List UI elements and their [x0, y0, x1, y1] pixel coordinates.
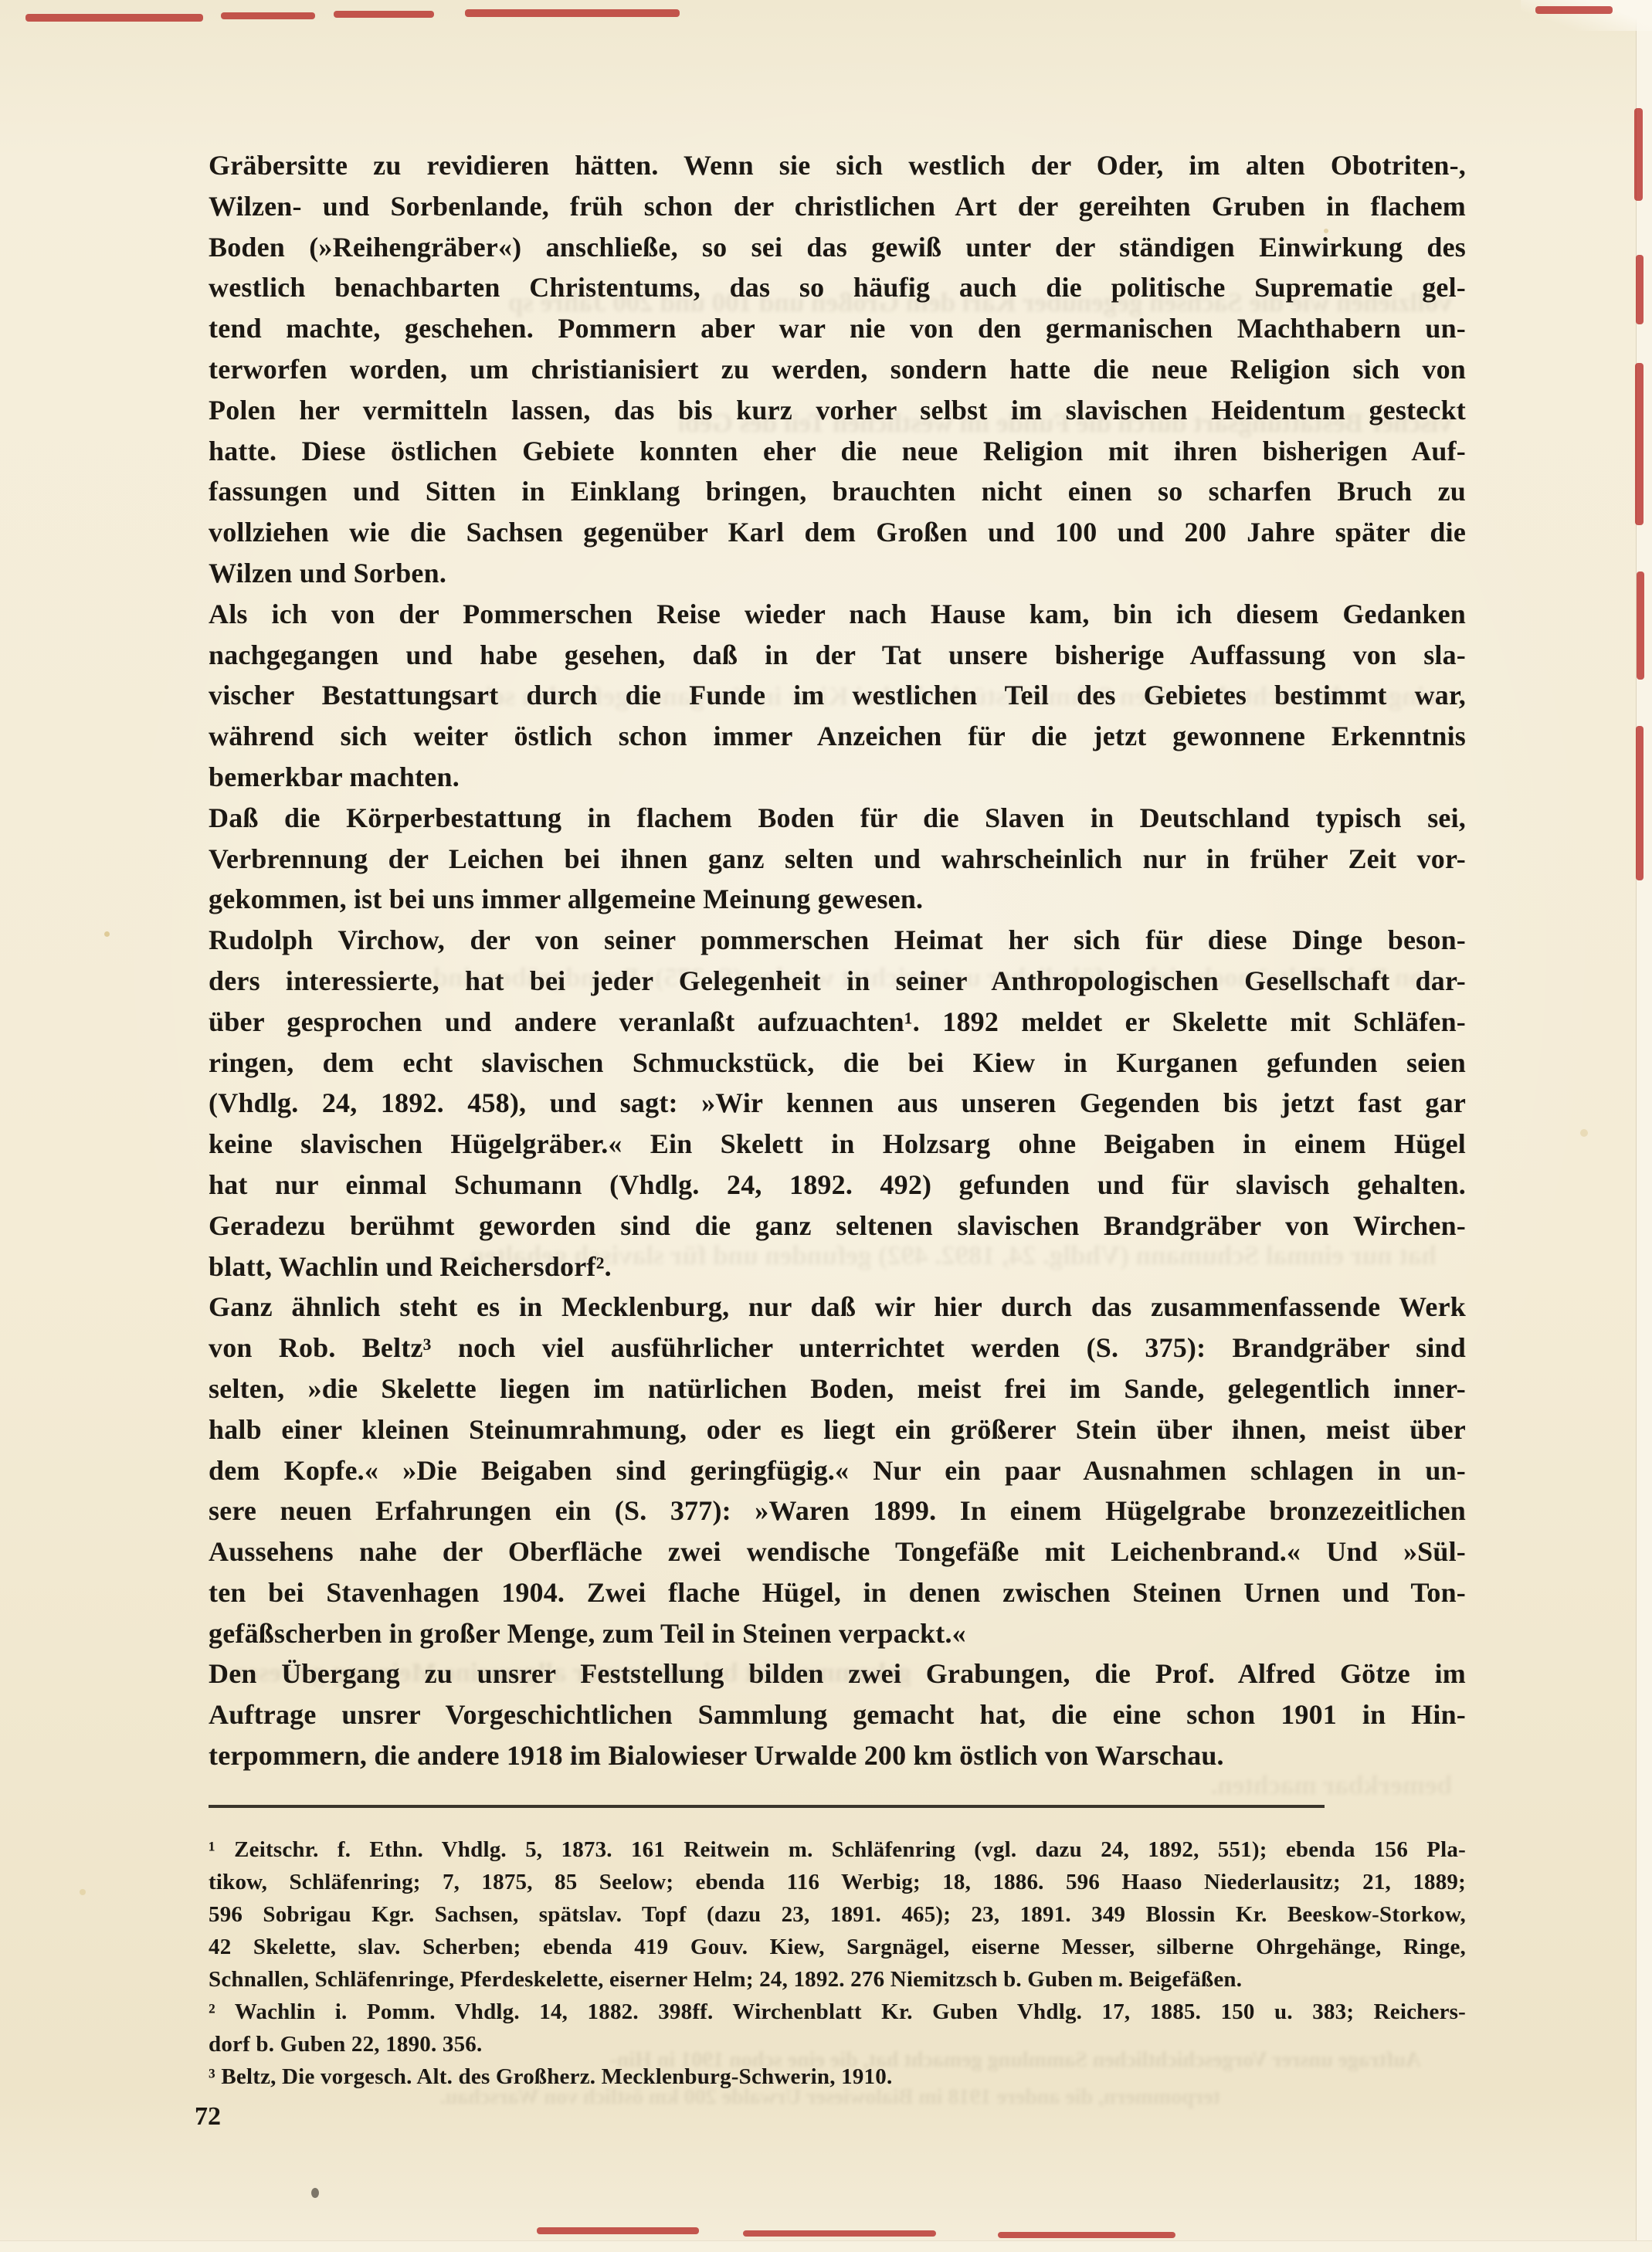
body-line: Polen her vermitteln lassen, das bis kur… — [209, 390, 1466, 431]
body-line: von Rob. Beltz³ noch viel ausführlicher … — [209, 1328, 1466, 1368]
body-line: terpommern, die andere 1918 im Bialowies… — [209, 1735, 1466, 1776]
paragraph: Ganz ähnlich steht es in Mecklenburg, nu… — [209, 1287, 1466, 1653]
body-text: Gräbersitte zu revidieren hätten. Wenn s… — [209, 145, 1466, 1776]
page-edge-bottom — [0, 2240, 1652, 2252]
paragraph: ³ Beltz, Die vorgesch. Alt. des Großherz… — [209, 2060, 1466, 2093]
body-line: Wilzen- und Sorbenlande, früh schon der … — [209, 186, 1466, 227]
body-line: Den Übergang zu unsrer Feststellung bild… — [209, 1653, 1466, 1694]
red-edge-mark — [1635, 363, 1644, 525]
footnote-line: ¹ Zeitschr. f. Ethn. Vhdlg. 5, 1873. 161… — [209, 1833, 1466, 1866]
body-line: Geradezu berühmt geworden sind die ganz … — [209, 1206, 1466, 1246]
body-line: Verbrennung der Leichen bei ihnen ganz s… — [209, 839, 1466, 880]
paragraph: ² Wachlin i. Pomm. Vhdlg. 14, 1882. 398f… — [209, 1996, 1466, 2060]
body-line: gekommen, ist bei uns immer allgemeine M… — [209, 879, 1466, 920]
paper-speck — [104, 931, 110, 937]
body-line: vollziehen wie die Sachsen gegenüber Kar… — [209, 512, 1466, 553]
body-line: gefäßscherben in großer Menge, zum Teil … — [209, 1613, 1466, 1654]
footnote-line: 42 Skelette, slav. Scherben; ebenda 419 … — [209, 1931, 1466, 1963]
body-line: Auftrage unsrer Vorgeschichtlichen Samml… — [209, 1694, 1466, 1735]
page-corner-highlight — [1521, 0, 1652, 31]
body-line: hat nur einmal Schumann (Vhdlg. 24, 1892… — [209, 1165, 1466, 1206]
body-line: tend machte, geschehen. Pommern aber war… — [209, 308, 1466, 349]
footnote-line: ³ Beltz, Die vorgesch. Alt. des Großherz… — [209, 2060, 1466, 2093]
red-edge-mark — [1634, 108, 1643, 201]
body-line: ringen, dem echt slavischen Schmuckstück… — [209, 1043, 1466, 1084]
paragraph: Rudolph Virchow, der von seiner pommersc… — [209, 920, 1466, 1287]
body-line: (Vhdlg. 24, 1892. 458), und sagt: »Wir k… — [209, 1083, 1466, 1124]
body-line: westlich benachbarten Christentums, das … — [209, 267, 1466, 308]
paragraph: Als ich von der Pommerschen Reise wieder… — [209, 594, 1466, 798]
footnote-line: ² Wachlin i. Pomm. Vhdlg. 14, 1882. 398f… — [209, 1996, 1466, 2028]
footnote-line: tikow, Schläfenring; 7, 1875, 85 Seelow;… — [209, 1866, 1466, 1898]
footnote-line: dorf b. Guben 22, 1890. 356. — [209, 2028, 1466, 2060]
body-line: Aussehens nahe der Oberfläche zwei wendi… — [209, 1531, 1466, 1572]
page-number: 72 — [195, 2102, 221, 2132]
red-edge-mark — [221, 12, 315, 19]
body-line: bemerkbar machten. — [209, 757, 1466, 798]
paper-speck — [311, 2188, 319, 2198]
footnote-rule — [209, 1805, 1325, 1808]
footnotes: ¹ Zeitschr. f. Ethn. Vhdlg. 5, 1873. 161… — [209, 1833, 1466, 2093]
body-line: halb einer kleinen Steinumrahmung, oder … — [209, 1409, 1466, 1450]
red-edge-mark — [1636, 255, 1644, 324]
red-edge-mark — [743, 2230, 936, 2237]
red-edge-mark — [1636, 726, 1644, 880]
body-line: Als ich von der Pommerschen Reise wieder… — [209, 594, 1466, 635]
footnote-line: Schnallen, Schläfenringe, Pferdeskelette… — [209, 1963, 1466, 1996]
body-line: Gräbersitte zu revidieren hätten. Wenn s… — [209, 145, 1466, 186]
paper-speck — [80, 1889, 86, 1895]
body-line: hatte. Diese östlichen Gebiete konnten e… — [209, 431, 1466, 472]
body-line: Rudolph Virchow, der von seiner pommersc… — [209, 920, 1466, 961]
footnote-line: 596 Sobrigau Kgr. Sachsen, spätslav. Top… — [209, 1898, 1466, 1931]
body-line: während sich weiter östlich schon immer … — [209, 716, 1466, 757]
red-edge-mark — [465, 9, 680, 17]
body-line: dem Kopfe.« »Die Beigaben sind geringfüg… — [209, 1450, 1466, 1491]
body-line: fassungen und Sitten in Einklang bringen… — [209, 471, 1466, 512]
paragraph: Den Übergang zu unsrer Feststellung bild… — [209, 1653, 1466, 1775]
body-line: Boden (»Reihengräber«) anschließe, so se… — [209, 227, 1466, 268]
body-line: terworfen worden, um christianisiert zu … — [209, 349, 1466, 390]
body-line: vischer Bestattungsart durch die Funde i… — [209, 675, 1466, 716]
red-edge-mark — [998, 2232, 1175, 2238]
body-line: ten bei Stavenhagen 1904. Zwei flache Hü… — [209, 1572, 1466, 1613]
page-edge-right — [1636, 0, 1652, 2252]
body-line: Ganz ähnlich steht es in Mecklenburg, nu… — [209, 1287, 1466, 1328]
body-line: keine slavischen Hügelgräber.« Ein Skele… — [209, 1124, 1466, 1165]
paper-speck — [1580, 1129, 1588, 1137]
body-line: selten, »die Skelette liegen im natürlic… — [209, 1368, 1466, 1409]
red-edge-mark — [1637, 571, 1644, 680]
body-line: sere neuen Erfahrungen ein (S. 377): »Wa… — [209, 1491, 1466, 1531]
red-edge-mark — [537, 2227, 699, 2234]
red-edge-mark — [25, 14, 203, 22]
paragraph: ¹ Zeitschr. f. Ethn. Vhdlg. 5, 1873. 161… — [209, 1833, 1466, 1996]
body-line: blatt, Wachlin und Reichersdorf². — [209, 1246, 1466, 1287]
paragraph: Daß die Körperbestattung in flachem Bode… — [209, 798, 1466, 920]
body-line: Daß die Körperbestattung in flachem Bode… — [209, 798, 1466, 839]
body-line: ders interessierte, hat bei jeder Gelege… — [209, 961, 1466, 1002]
body-line: Wilzen und Sorben. — [209, 553, 1466, 594]
red-edge-mark — [334, 11, 434, 18]
paragraph: Gräbersitte zu revidieren hätten. Wenn s… — [209, 145, 1466, 594]
body-line: über gesprochen und andere veranlaßt auf… — [209, 1002, 1466, 1043]
scanned-book-page: vollziehen wie die Sachsen gegenüber Kar… — [0, 0, 1652, 2252]
red-edge-mark — [1535, 6, 1613, 14]
body-line: nachgegangen und habe gesehen, daß in de… — [209, 635, 1466, 676]
